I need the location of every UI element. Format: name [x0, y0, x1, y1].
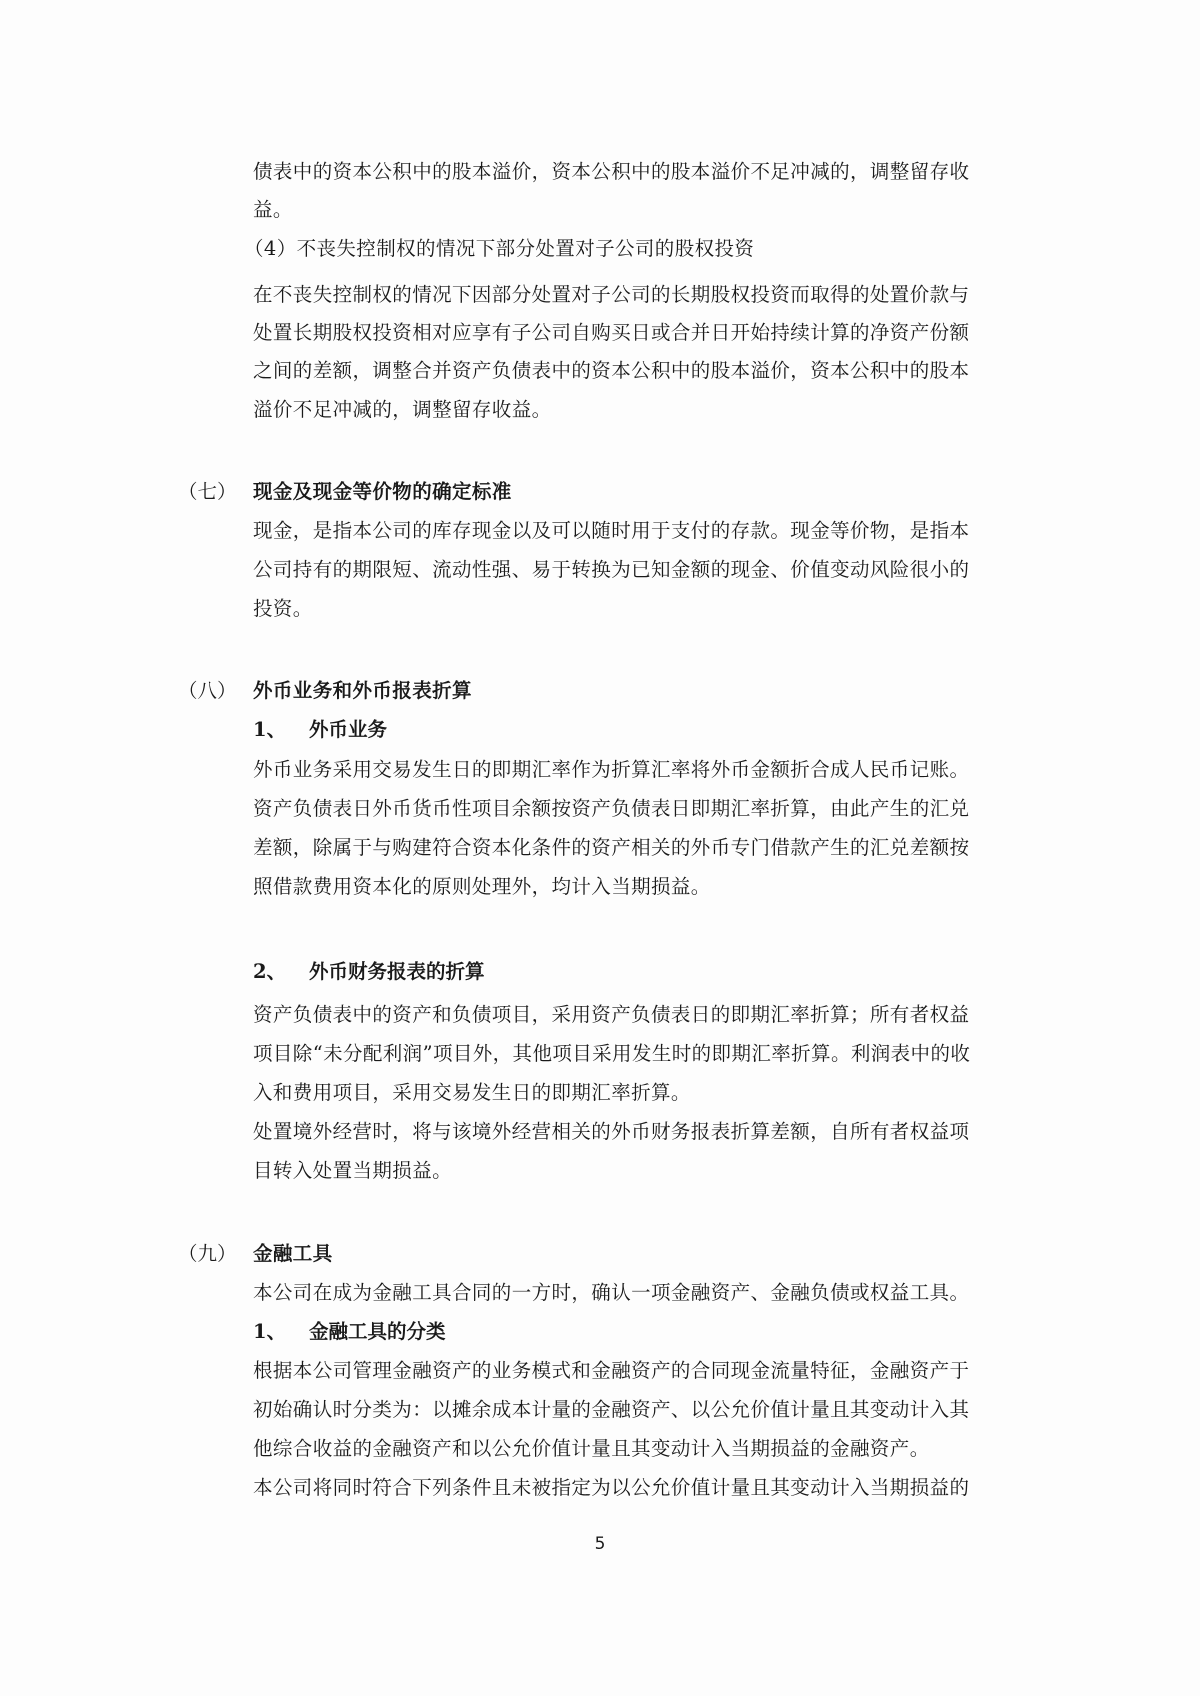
section-9-title: 金融工具 — [253, 1240, 333, 1268]
paragraph-line: 投资。 — [253, 595, 313, 623]
paragraph-line: 处置境外经营时，将与该境外经营相关的外币财务报表折算差额，自所有者权益项 — [253, 1118, 969, 1146]
paragraph-line: 根据本公司管理金融资产的业务模式和金融资产的合同现金流量特征，金融资产于 — [253, 1357, 969, 1385]
section-8-title: 外币业务和外币报表折算 — [253, 677, 472, 705]
paragraph-line: 债表中的资本公积中的股本溢价，资本公积中的股本溢价不足冲减的，调整留存收 — [253, 158, 969, 186]
paragraph-line: 公司持有的期限短、流动性强、易于转换为已知金额的现金、价值变动风险很小的 — [253, 556, 969, 584]
subsection-8-2-title: 外币财务报表的折算 — [309, 958, 485, 986]
paragraph-line: 目转入处置当期损益。 — [253, 1157, 452, 1185]
paragraph-line: 初始确认时分类为：以摊余成本计量的金融资产、以公允价值计量且其变动计入其 — [253, 1396, 969, 1424]
paragraph-line: 现金，是指本公司的库存现金以及可以随时用于支付的存款。现金等价物，是指本 — [253, 517, 969, 545]
document-page: 债表中的资本公积中的股本溢价，资本公积中的股本溢价不足冲减的，调整留存收 益。 … — [0, 0, 1200, 1696]
paragraph-line: 本公司在成为金融工具合同的一方时，确认一项金融资产、金融负债或权益工具。 — [253, 1279, 969, 1307]
subsection-8-1-number: 1、 — [253, 716, 286, 744]
subsection-9-1-title: 金融工具的分类 — [309, 1318, 446, 1346]
paragraph-line: 在不丧失控制权的情况下因部分处置对子公司的长期股权投资而取得的处置价款与 — [253, 281, 969, 309]
section-9-number: （九） — [178, 1240, 237, 1268]
paragraph-line: 入和费用项目，采用交易发生日的即期汇率折算。 — [253, 1079, 691, 1107]
page-number: 5 — [0, 1532, 1200, 1556]
paragraph-line: 益。 — [253, 196, 293, 224]
paragraph-line: 项目除“未分配利润”项目外，其他项目采用发生时的即期汇率折算。利润表中的收 — [253, 1040, 970, 1068]
paragraph-line: 外币业务采用交易发生日的即期汇率作为折算汇率将外币金额折合成人民币记账。 — [253, 756, 969, 784]
section-7-number: （七） — [178, 478, 237, 506]
subsection-8-1-title: 外币业务 — [309, 716, 387, 744]
paragraph-line: 处置长期股权投资相对应享有子公司自购买日或合并日开始持续计算的净资产份额 — [253, 319, 969, 347]
subsection-8-2-number: 2、 — [253, 958, 286, 986]
paragraph-line: 资产负债表中的资产和负债项目，采用资产负债表日的即期汇率折算；所有者权益 — [253, 1001, 969, 1029]
paragraph-line: 照借款费用资本化的原则处理外，均计入当期损益。 — [253, 873, 711, 901]
paragraph-line: 本公司将同时符合下列条件且未被指定为以公允价值计量且其变动计入当期损益的 — [253, 1474, 969, 1502]
paragraph-line: 差额，除属于与购建符合资本化条件的资产相关的外币专门借款产生的汇兑差额按 — [253, 834, 969, 862]
subsection-9-1-number: 1、 — [253, 1318, 286, 1346]
section-8-number: （八） — [178, 677, 237, 705]
paragraph-line: 溢价不足冲减的，调整留存收益。 — [253, 396, 552, 424]
paragraph-line: 资产负债表日外币货币性项目余额按资产负债表日即期汇率折算，由此产生的汇兑 — [253, 795, 969, 823]
paragraph-line: 之间的差额，调整合并资产负债表中的资本公积中的股本溢价，资本公积中的股本 — [253, 357, 969, 385]
item-4-title: （4）不丧失控制权的情况下部分处置对子公司的股权投资 — [244, 235, 754, 263]
paragraph-line: 他综合收益的金融资产和以公允价值计量且其变动计入当期损益的金融资产。 — [253, 1435, 930, 1463]
section-7-title: 现金及现金等价物的确定标准 — [253, 478, 512, 506]
